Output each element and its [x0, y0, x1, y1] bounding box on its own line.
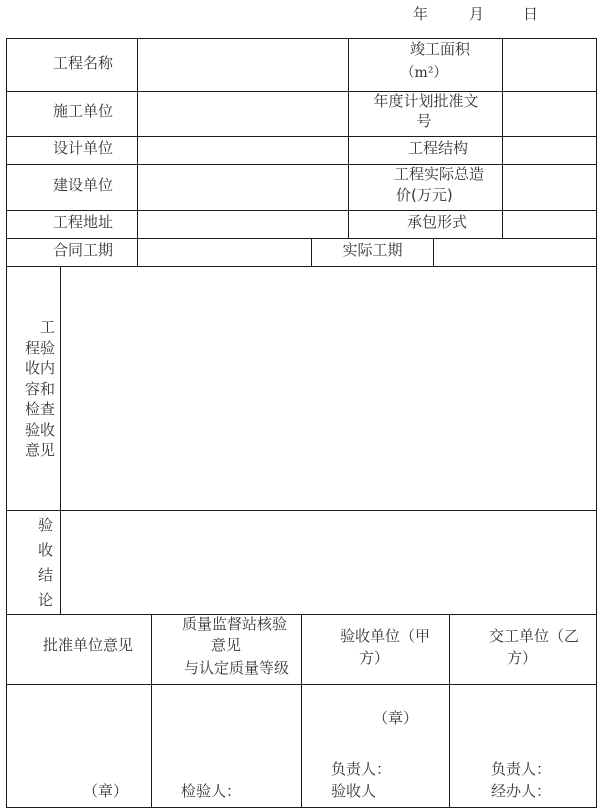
contract-form-label: 承包形式	[349, 212, 525, 232]
designer-label: 设计单位	[53, 138, 113, 158]
day-label: 日	[523, 4, 538, 24]
constructor-label: 施工单位	[53, 101, 113, 121]
annual-plan-approval-field[interactable]	[503, 92, 596, 136]
handler-label: 经办人：	[491, 781, 551, 801]
owner-field[interactable]	[138, 165, 348, 210]
actual-period-label: 实际工期	[312, 240, 433, 260]
handover-responsible-label: 负责人：	[491, 759, 551, 779]
annual-plan-approval-label-cont: 号	[349, 111, 499, 131]
contract-period-label: 合同工期	[53, 240, 113, 260]
actual-cost-label: 工程实际总造	[349, 164, 529, 184]
project-name-label: 工程名称	[53, 53, 113, 73]
approval-signature-cell[interactable]: （章）	[7, 685, 151, 807]
designer-field[interactable]	[138, 137, 348, 164]
border-right	[596, 38, 597, 808]
approval-seal-label: （章）	[83, 781, 128, 801]
month-label: 月	[469, 4, 484, 24]
address-label: 工程地址	[53, 212, 113, 232]
contract-form-field[interactable]	[503, 211, 596, 238]
actual-period-field[interactable]	[434, 239, 596, 266]
inspection-opinion-label: 工 程验 收内 容和 检查 验收 意见	[10, 317, 55, 461]
address-field[interactable]	[138, 211, 348, 238]
approval-opinion-header: 批准单位意见	[43, 635, 133, 655]
acceptor-label: 验收人	[331, 781, 376, 801]
structure-field[interactable]	[503, 137, 596, 164]
conclusion-field[interactable]	[61, 511, 596, 614]
owner-label: 建设单位	[53, 175, 113, 195]
acceptance-signature-cell[interactable]: （章） 负责人： 验收人	[302, 685, 449, 807]
handover-signature-cell[interactable]: 负责人： 经办人：	[450, 685, 596, 807]
structure-label: 工程结构	[349, 138, 527, 158]
constructor-field[interactable]	[138, 92, 348, 136]
inspector-label: 检验人：	[181, 781, 241, 801]
annual-plan-approval-label: 年度计划批准文	[349, 91, 503, 111]
conclusion-label: 验 收 结 论	[10, 513, 53, 613]
contract-period-field[interactable]	[138, 239, 311, 266]
quality-signature-cell[interactable]: 检验人：	[152, 685, 301, 807]
inspection-opinion-field[interactable]	[61, 267, 596, 510]
acceptance-seal-label: （章）	[373, 708, 418, 728]
acceptance-responsible-label: 负责人：	[331, 759, 391, 779]
year-label: 年	[413, 4, 428, 24]
actual-cost-unit: 价(万元)	[396, 185, 453, 205]
actual-cost-field[interactable]	[503, 165, 596, 210]
completed-area-unit: （m²）	[349, 64, 499, 83]
completed-area-field[interactable]	[503, 39, 596, 91]
project-name-field[interactable]	[138, 39, 348, 91]
